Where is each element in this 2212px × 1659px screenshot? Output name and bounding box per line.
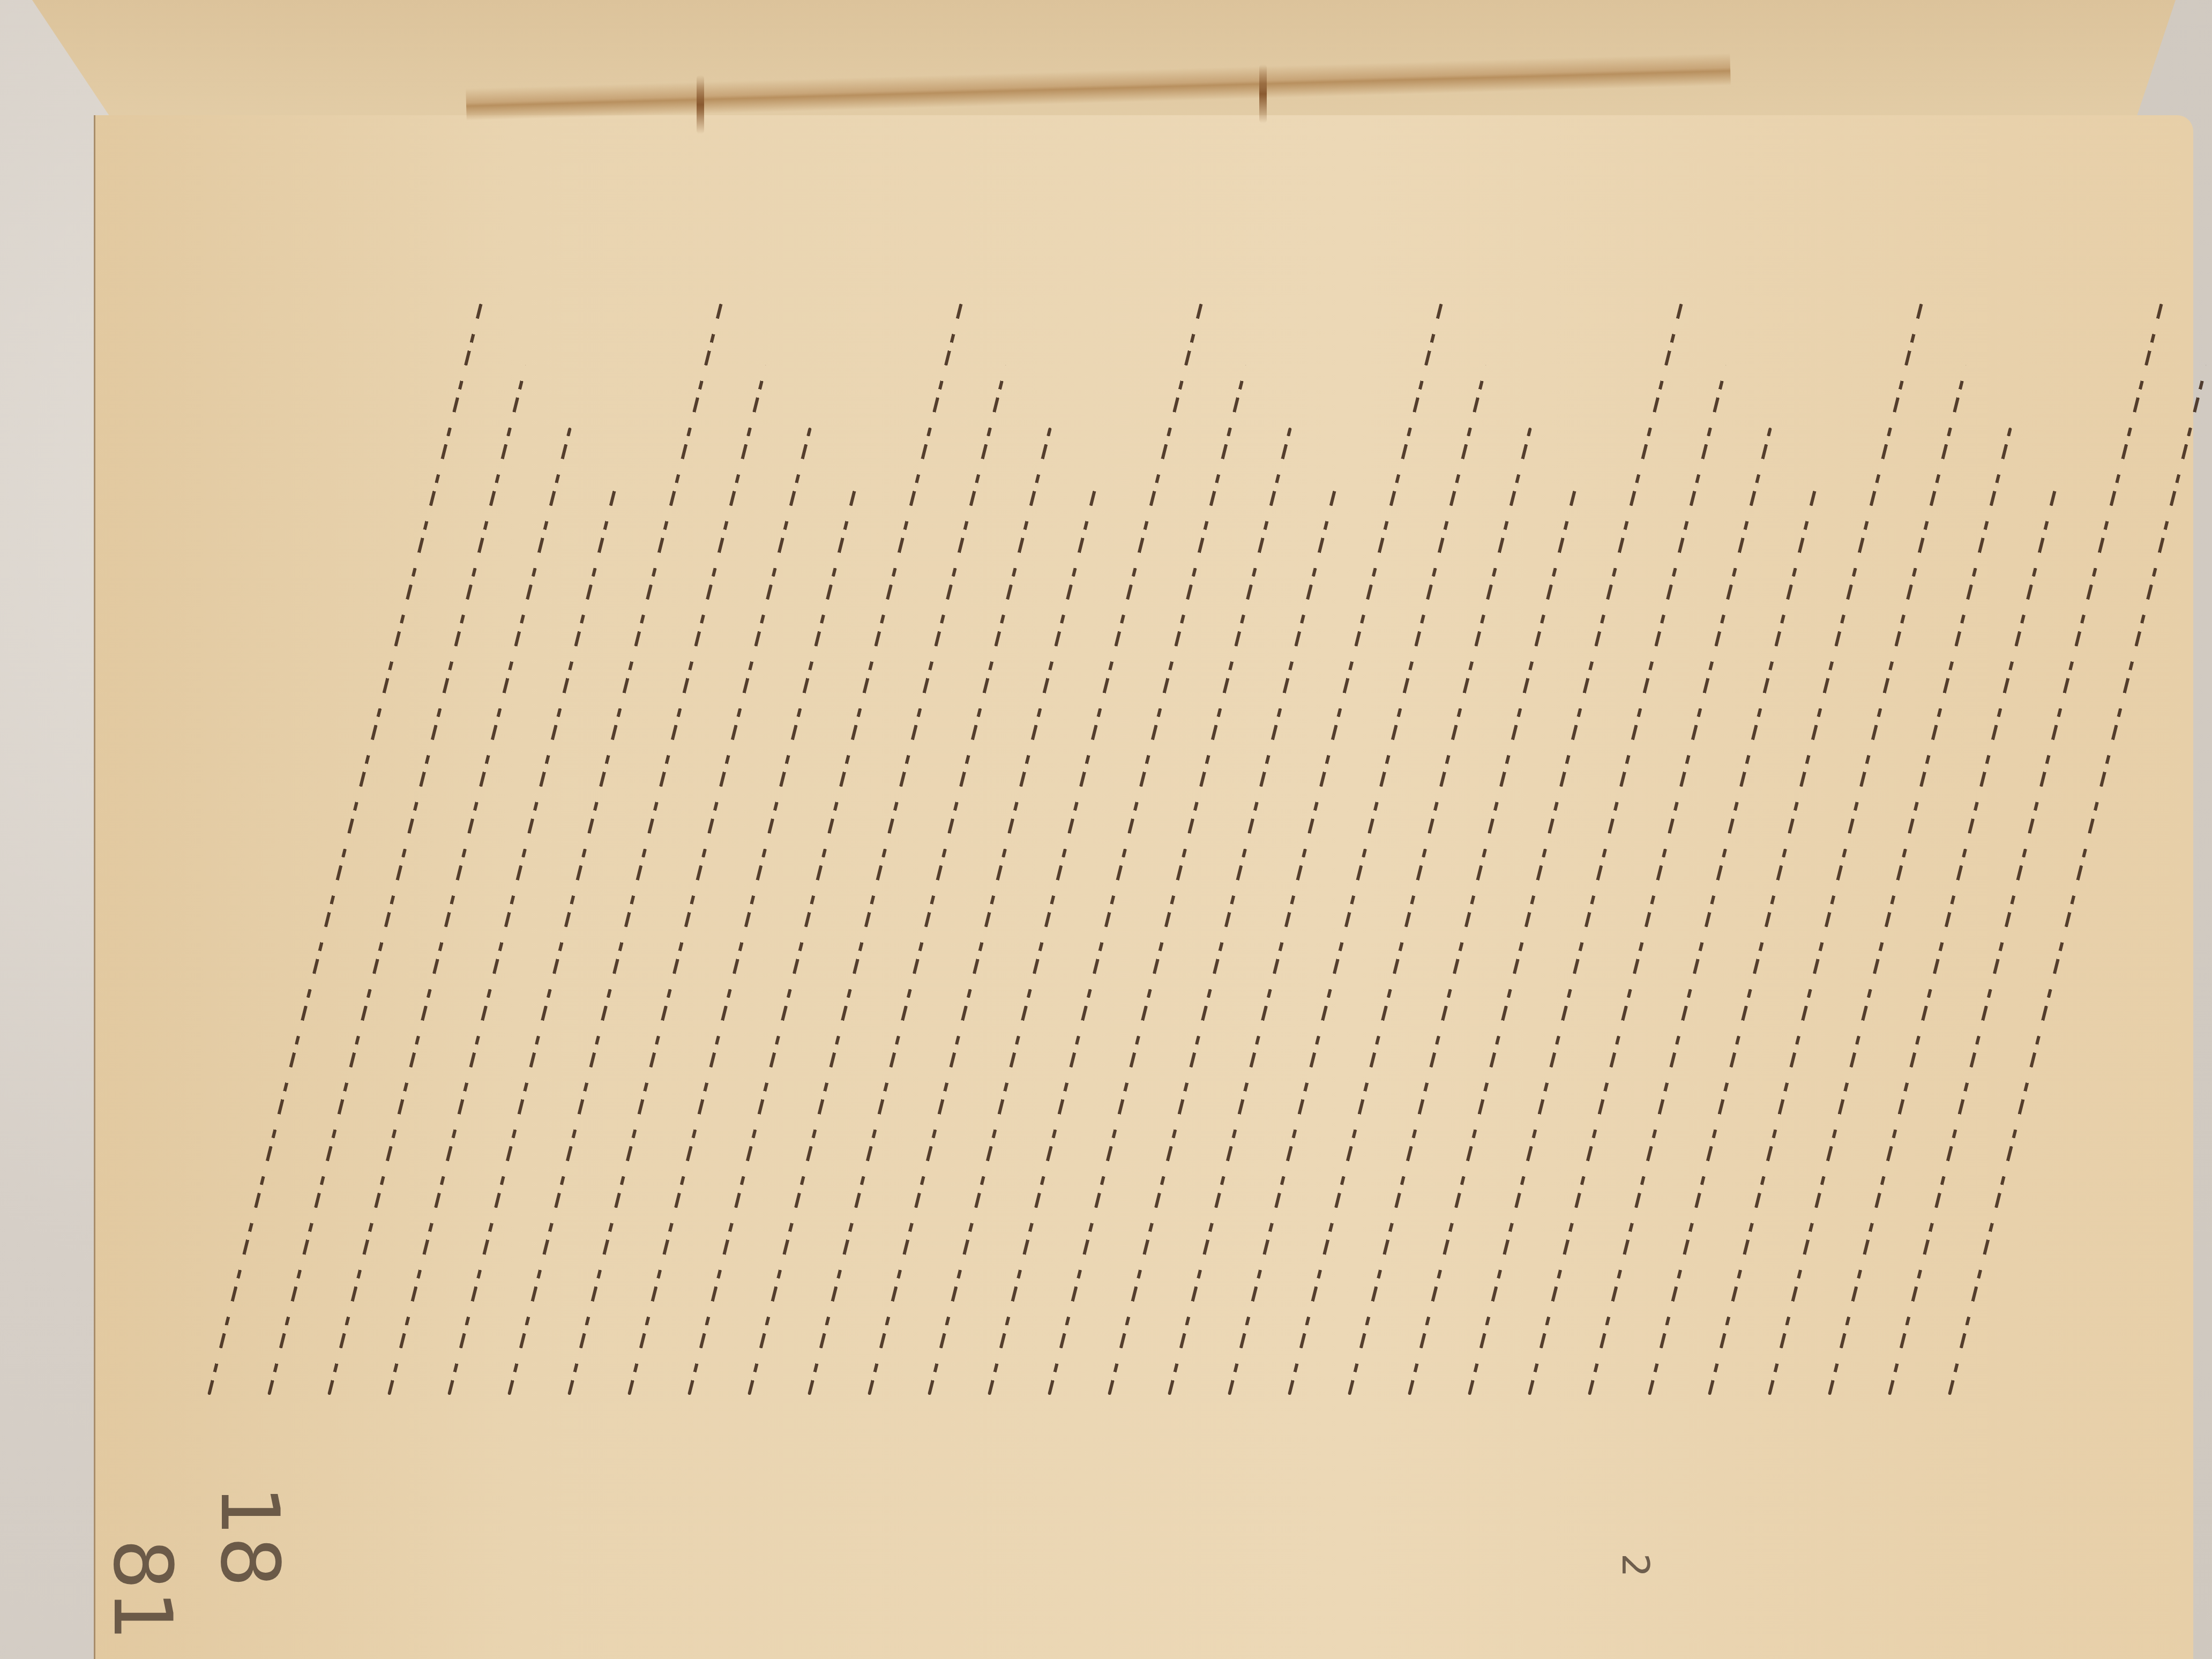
handwritten-line (687, 303, 963, 1395)
bottom-margin-number: 2 (1613, 1553, 1657, 1578)
handwritten-line (207, 303, 483, 1395)
handwritten-line (808, 428, 1052, 1395)
handwritten-line (1108, 490, 1336, 1395)
previous-page-edge (32, 0, 2176, 129)
handwritten-line (1528, 428, 1772, 1395)
binding-stitch (1259, 64, 1267, 123)
handwritten-text-block (177, 161, 2106, 1393)
page-number-outer: 81 (95, 1539, 189, 1641)
handwritten-line (1168, 303, 1443, 1395)
handwritten-line (567, 428, 812, 1395)
handwritten-line (1288, 428, 1532, 1395)
handwritten-line (387, 490, 616, 1395)
handwritten-line (1648, 303, 1923, 1395)
handwritten-line (447, 303, 723, 1395)
handwritten-line (1408, 303, 1683, 1395)
handwritten-line (928, 303, 1203, 1395)
handwritten-line (1768, 428, 2012, 1395)
page-number-inner: 18 (203, 1485, 296, 1588)
handwritten-line (1348, 490, 1576, 1395)
handwritten-line (327, 428, 572, 1395)
handwritten-line (627, 490, 856, 1395)
binding-stitch (697, 75, 704, 134)
handwritten-line (1048, 428, 1292, 1395)
handwritten-line (1828, 490, 2057, 1395)
handwritten-line (1588, 490, 1817, 1395)
handwritten-line (868, 490, 1096, 1395)
